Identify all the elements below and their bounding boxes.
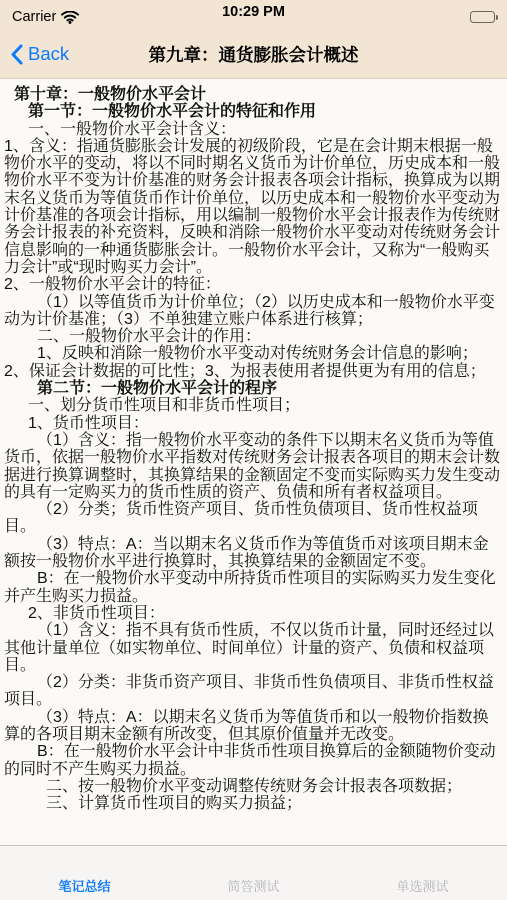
note-paragraph: （3）特点：A：当以期末名义货币作为等值货币对该项目期末金额按一般物价水平进行换… [4,536,501,571]
page-title: 第九章：通货膨胀会计概述 [0,42,507,67]
note-paragraph: （3）特点：A：以期末名义货币为等值货币和以一般物价指数换算的各项目期末金额有所… [4,709,501,744]
carrier-label: Carrier [12,9,56,25]
bottom-tab-bar: 笔记总结 简答测试 单选测试 [0,845,507,900]
notes-scroll-area[interactable]: 第十章：一般物价水平会计第一节：一般物价水平会计的特征和作用一、一般物价水平会计… [0,80,507,845]
note-paragraph: （1）以等值货币为计价单位；（2）以历史成本和一般物价水平变动为计价基准；（3）… [4,294,501,329]
tab-item[interactable]: 简答测试 [169,846,338,900]
tab-label: 简答测试 [227,876,279,895]
note-paragraph: 第十章：一般物价水平会计 [4,86,501,103]
note-paragraph: 一、划分货币性项目和非货币性项目； [4,397,501,414]
note-paragraph: 第二节：一般物价水平会计的程序 [4,380,501,397]
note-paragraph: 三、计算货币性项目的购买力损益； [4,795,501,812]
note-paragraph: 2、非货币性项目： [4,605,501,622]
note-paragraph: 1、货币性项目： [4,415,501,432]
note-paragraph: （2）分类；货币性资产项目、货币性负债项目、货币性权益项目。 [4,501,501,536]
note-paragraph: 1、反映和消除一般物价水平变动对传统财务会计信息的影响；2、保证会计数据的可比性… [4,345,501,380]
tab-label: 单选测试 [396,876,448,895]
tab-item[interactable]: 单选测试 [338,846,507,900]
note-paragraph: （1）含义：指不具有货币性质，不仅以货币计量，同时还经过以其他计量单位（如实物单… [4,622,501,674]
back-button[interactable]: Back [10,43,69,65]
note-paragraph: 2、一般物价水平会计的特征： [4,276,501,293]
chevron-left-icon [10,44,23,65]
note-paragraph: 二、一般物价水平会计的作用： [4,328,501,345]
note-paragraph: 1、含义：指通货膨胀会计发展的初级阶段，它是在会计期末根据一般物价水平的变动，将… [4,138,501,276]
navigation-bar: 第九章：通货膨胀会计概述 Back [0,30,507,79]
note-paragraph: 一、一般物价水平会计含义： [4,121,501,138]
tab-label: 笔记总结 [58,876,110,895]
note-paragraph: 第一节：一般物价水平会计的特征和作用 [4,103,501,120]
note-paragraph: （1）含义：指一般物价水平变动的条件下以期末名义货币为等值货币，依据一般物价水平… [4,432,501,501]
note-paragraph: 二、按一般物价水平变动调整传统财务会计报表各项数据； [4,778,501,795]
note-paragraph: B：在一般物价水平变动中所持货币性项目的实际购买力发生变化并产生购买力损益。 [4,570,501,605]
note-paragraph: B：在一般物价水平会计中非货币性项目换算后的金额随物价变动的同时不产生购买力损益… [4,743,501,778]
tab-item[interactable]: 笔记总结 [0,846,169,900]
battery-icon [470,11,495,23]
status-bar: Carrier 10:29 PM [0,0,507,30]
note-paragraph: （2）分类：非货币资产项目、非货币性负债项目、非货币性权益项目。 [4,674,501,709]
wifi-icon [61,11,79,24]
back-button-label: Back [28,43,69,65]
